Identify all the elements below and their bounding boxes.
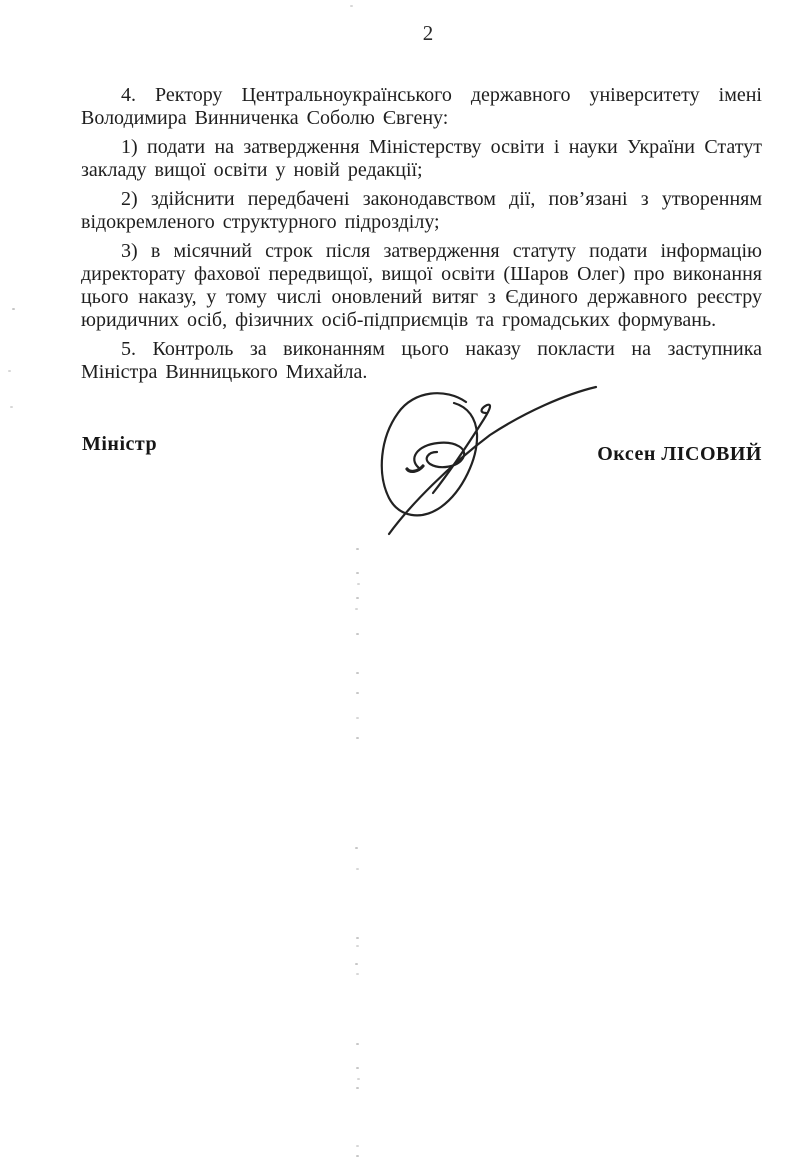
paragraph-item-4: 4. Ректору Центральноукраїнського держав…	[81, 84, 762, 130]
text-line: 1) подати на затвердження Міністерству о…	[81, 136, 762, 159]
scan-speck	[10, 406, 13, 408]
scan-speck	[356, 672, 359, 674]
scan-speck	[356, 717, 359, 719]
text-line: цього наказу, у тому числі оновлений вит…	[81, 286, 762, 309]
scan-speck	[355, 963, 358, 965]
document-body: 4. Ректору Центральноукраїнського держав…	[81, 84, 762, 390]
scan-speck	[356, 692, 359, 694]
scan-speck	[356, 937, 359, 939]
scan-speck	[356, 1145, 359, 1147]
scan-speck	[356, 1087, 359, 1089]
scan-speck	[357, 1078, 360, 1080]
text-line: директорату фахової передвищої, вищої ос…	[81, 263, 762, 286]
scan-speck	[356, 90, 359, 92]
text-line: юридичних осіб, фізичних осіб-підприємці…	[81, 309, 762, 332]
scan-speck	[356, 868, 359, 870]
text-line: 3) в місячний строк після затвердження с…	[81, 240, 762, 263]
text-line: 2) здійснити передбачені законодавством …	[81, 188, 762, 211]
text-line: Володимира Винниченка Соболю Євгену:	[81, 107, 762, 130]
scan-speck	[356, 1043, 359, 1045]
scan-speck	[355, 608, 358, 610]
handwritten-signature-icon	[340, 372, 610, 544]
scan-speck	[356, 633, 359, 635]
signer-role-label: Міністр	[82, 433, 157, 456]
text-line: відокремленого структурного підрозділу;	[81, 211, 762, 234]
page-number: 2	[388, 21, 468, 46]
scan-speck	[356, 1067, 359, 1069]
signer-name-label: Оксен ЛІСОВИЙ	[597, 443, 762, 466]
scan-speck	[355, 847, 358, 849]
scan-speck	[12, 308, 15, 310]
scan-speck	[8, 370, 11, 372]
text-line: закладу вищої освіти у новій редакції;	[81, 159, 762, 182]
scan-speck	[356, 548, 359, 550]
text-line: 4. Ректору Центральноукраїнського держав…	[81, 84, 762, 107]
scan-speck	[350, 5, 353, 7]
scan-speck	[356, 945, 359, 947]
paragraph-subitem-3: 3) в місячний строк після затвердження с…	[81, 240, 762, 332]
scan-speck	[356, 973, 359, 975]
scanned-document-page: 2 4. Ректору Центральноукраїнського держ…	[0, 0, 800, 1160]
paragraph-subitem-1: 1) подати на затвердження Міністерству о…	[81, 136, 762, 182]
paragraph-subitem-2: 2) здійснити передбачені законодавством …	[81, 188, 762, 234]
text-line: 5. Контроль за виконанням цього наказу п…	[81, 338, 762, 361]
scan-speck	[356, 1155, 359, 1157]
scan-speck	[357, 583, 360, 585]
scan-speck	[356, 597, 359, 599]
scan-speck	[356, 572, 359, 574]
scan-speck	[356, 737, 359, 739]
